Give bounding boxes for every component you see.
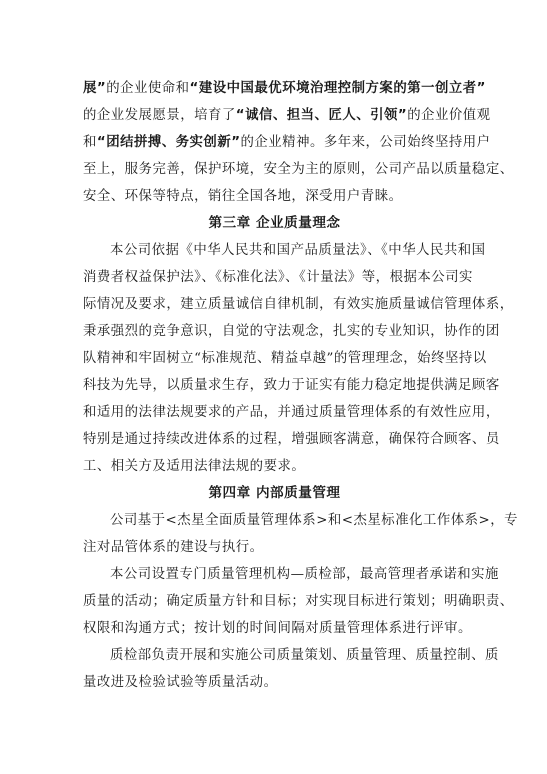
text-line: 本公司依据《中华人民共和国产品质量法》、《中华人民共和国 xyxy=(83,237,466,264)
text-line: 科技为先导，以质量求生存，致力于证实有能力稳定地提供满足顾客 xyxy=(83,372,466,399)
paragraph: 公司基于<杰星全面质量管理体系>和<杰星标准化工作体系>，专注对品管体系的建设与… xyxy=(83,507,466,561)
text-line: 工、相关方及适用法律法规的要求。 xyxy=(83,453,466,480)
bold-text-run: 展” xyxy=(83,81,106,96)
paragraph: 质检部负责开展和实施公司质量策划、质量管理、质量控制、质量改进及检验试验等质量活… xyxy=(83,642,466,696)
text-line: 质量的活动；确定质量方针和目标；对实现目标进行策划；明确职责、 xyxy=(83,588,466,615)
text-line: 展”的企业使命和“建设中国最优环境治理控制方案的第一创立者” xyxy=(83,75,466,102)
intro-section: 展”的企业使命和“建设中国最优环境治理控制方案的第一创立者”的企业发展愿景，培育… xyxy=(83,75,466,210)
text-line: 量改进及检验试验等质量活动。 xyxy=(83,669,466,696)
text-line: 质检部负责开展和实施公司质量策划、质量管理、质量控制、质 xyxy=(83,642,466,669)
text-line: 的企业发展愿景，培育了“诚信、担当、匠人、引领”的企业价值观 xyxy=(83,102,466,129)
text-run: 的企业发展愿景，培育了 xyxy=(83,108,236,123)
text-line: 际情况及要求，建立质量诚信自律机制，有效实施质量诚信管理体系， xyxy=(83,291,466,318)
text-line: 消费者权益保护法》、《标准化法》、《计量法》等，根据本公司实 xyxy=(83,264,466,291)
text-line: 队精神和牢固树立“标准规范、精益卓越”的管理理念，始终坚持以 xyxy=(83,345,466,372)
text-line: 至上，服务完善，保护环境，安全为主的原则，公司产品以质量稳定、 xyxy=(83,156,466,183)
text-run: 至上，服务完善，保护环境，安全为主的原则，公司产品以质量稳定、 xyxy=(83,162,514,177)
text-line: 权限和沟通方式；按计划的时间间隔对质量管理体系进行评审。 xyxy=(83,615,466,642)
text-line: 本公司设置专门质量管理机构—质检部，最高管理者承诺和实施 xyxy=(83,561,466,588)
bold-text-run: “建设中国最优环境治理控制方案的第一创立者” xyxy=(190,81,486,96)
chapter-3-title: 第三章 企业质量理念 xyxy=(83,210,466,237)
text-run: 安全、环保等特点，销往全国各地，深受用户青睐。 xyxy=(83,189,402,204)
text-line: 秉承强烈的竞争意识，自觉的守法观念，扎实的专业知识，协作的团 xyxy=(83,318,466,345)
text-line: 安全、环保等特点，销往全国各地，深受用户青睐。 xyxy=(83,183,466,210)
text-line: 公司基于<杰星全面质量管理体系>和<杰星标准化工作体系>，专 xyxy=(83,507,466,534)
text-line: 和“团结拼搏、务实创新”的企业精神。多年来，公司始终坚持用户 xyxy=(83,129,466,156)
text-run: 和 xyxy=(83,135,97,150)
document-page: 展”的企业使命和“建设中国最优环境治理控制方案的第一创立者”的企业发展愿景，培育… xyxy=(83,75,466,696)
text-line: 特别是通过持续改进体系的过程，增强顾客满意，确保符合顾客、员 xyxy=(83,426,466,453)
paragraph: 本公司设置专门质量管理机构—质检部，最高管理者承诺和实施质量的活动；确定质量方针… xyxy=(83,561,466,642)
chapter-4-body: 公司基于<杰星全面质量管理体系>和<杰星标准化工作体系>，专注对品管体系的建设与… xyxy=(83,507,466,696)
text-line: 和适用的法律法规要求的产品，并通过质量管理体系的有效性应用， xyxy=(83,399,466,426)
bold-text-run: “诚信、担当、匠人、引领” xyxy=(236,108,407,123)
chapter-4-title: 第四章 内部质量管理 xyxy=(83,480,466,507)
text-run: 的企业价值观 xyxy=(407,108,490,123)
chapter-3-body: 本公司依据《中华人民共和国产品质量法》、《中华人民共和国消费者权益保护法》、《标… xyxy=(83,237,466,480)
text-line: 注对品管体系的建设与执行。 xyxy=(83,534,466,561)
text-run: 的企业使命和 xyxy=(106,81,189,96)
bold-text-run: “团结拼搏、务实创新” xyxy=(97,135,241,150)
text-run: 的企业精神。多年来，公司始终坚持用户 xyxy=(241,135,491,150)
